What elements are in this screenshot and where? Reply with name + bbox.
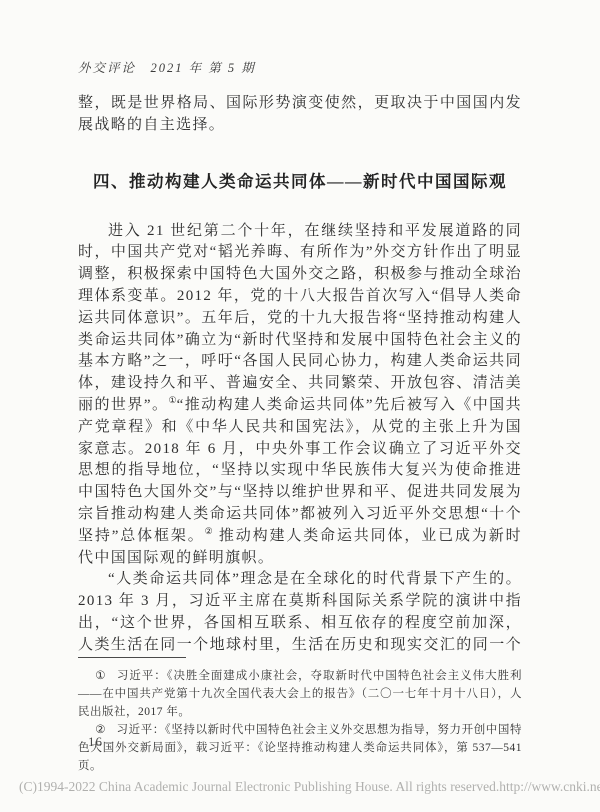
cnki-url: http://www.cnki.net (499, 779, 600, 795)
paragraph-1-text-a: 进入 21 世纪第二个十年，在继续坚持和平发展道路的同时，中国共产党对“韬光养晦… (78, 223, 522, 413)
journal-header: 外交评论 2021 年 第 5 期 (78, 58, 522, 76)
journal-page: 外交评论 2021 年 第 5 期 整，既是世界格局、国际形势演变使然，更取决于… (0, 0, 600, 812)
footnote-2-text: 习近平：《坚持以新时代中国特色社会主义外交思想为指导，努力开创中国特色大国外交新… (78, 724, 522, 772)
footnotes-section: ①习近平：《决胜全面建成小康社会，夺取新时代中国特色社会主义伟大胜利——在中国共… (78, 657, 522, 775)
paragraph-1-text-b: “推动构建人类命运共同体”先后被写入《中国共产党章程》和《中华人民共和国宪法》，… (78, 397, 522, 544)
footnote-1: ①习近平：《决胜全面建成小康社会，夺取新时代中国特色社会主义伟大胜利——在中国共… (78, 667, 522, 721)
footnote-separator (78, 657, 186, 658)
footnote-ref-2: ② (205, 526, 214, 536)
copyright-text: (C)1994-2022 China Academic Journal Elec… (19, 779, 499, 795)
page-content: 外交评论 2021 年 第 5 期 整，既是世界格局、国际形势演变使然，更取决于… (0, 0, 600, 655)
cnki-watermark: (C)1994-2022 China Academic Journal Elec… (19, 779, 581, 795)
footnote-ref-1: ① (168, 395, 176, 405)
carryover-paragraph: 整，既是世界格局、国际形势演变使然，更取决于中国国内发展战略的自主选择。 (78, 93, 522, 137)
footnote-1-text: 习近平：《决胜全面建成小康社会，夺取新时代中国特色社会主义伟大胜利——在中国共产… (78, 670, 522, 718)
paragraph-2: “人类命运共同体”理念是在全球化的时代背景下产生的。2013 年 3 月，习近平… (78, 569, 522, 655)
footnote-2: ②习近平：《坚持以新时代中国特色社会主义外交思想为指导，努力开创中国特色大国外交… (78, 721, 522, 775)
section-heading: 四、推动构建人类命运共同体——新时代中国国际观 (78, 168, 522, 192)
page-number: 16 (88, 734, 103, 750)
footnote-1-marker: ① (95, 670, 106, 682)
paragraph-1: 进入 21 世纪第二个十年，在继续坚持和平发展道路的同时，中国共产党对“韬光养晦… (78, 221, 522, 570)
